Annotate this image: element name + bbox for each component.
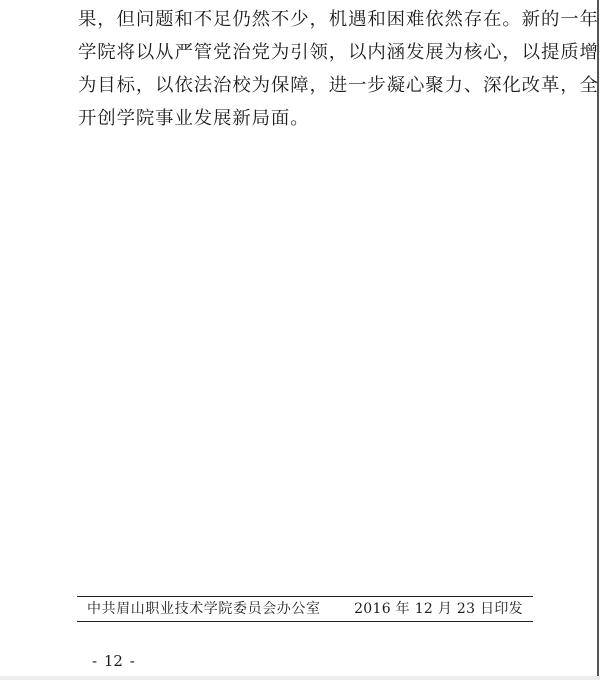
body-line: 开创学院事业发展新局面。 (78, 102, 538, 135)
body-line: 为目标，以依法治校为保障，进一步凝心聚力、深化改革，全面 (78, 69, 538, 102)
page-number: - 12 - (92, 652, 135, 670)
imprint-box: 中共眉山职业技术学院委员会办公室 2016 年 12 月 23 日印发 (77, 596, 533, 622)
page-bottom-edge (0, 676, 600, 680)
document-page: 果，但问题和不足仍然不少，机遇和困难依然存在。新的一年， 学院将以从严管党治党为… (0, 0, 599, 676)
body-line: 果，但问题和不足仍然不少，机遇和困难依然存在。新的一年， (78, 3, 538, 36)
issuing-organization: 中共眉山职业技术学院委员会办公室 (87, 600, 321, 618)
body-paragraph: 果，但问题和不足仍然不少，机遇和困难依然存在。新的一年， 学院将以从严管党治党为… (78, 3, 538, 135)
issue-date: 2016 年 12 月 23 日印发 (354, 600, 523, 618)
body-line: 学院将以从严管党治党为引领，以内涵发展为核心，以提质增效 (78, 36, 538, 69)
